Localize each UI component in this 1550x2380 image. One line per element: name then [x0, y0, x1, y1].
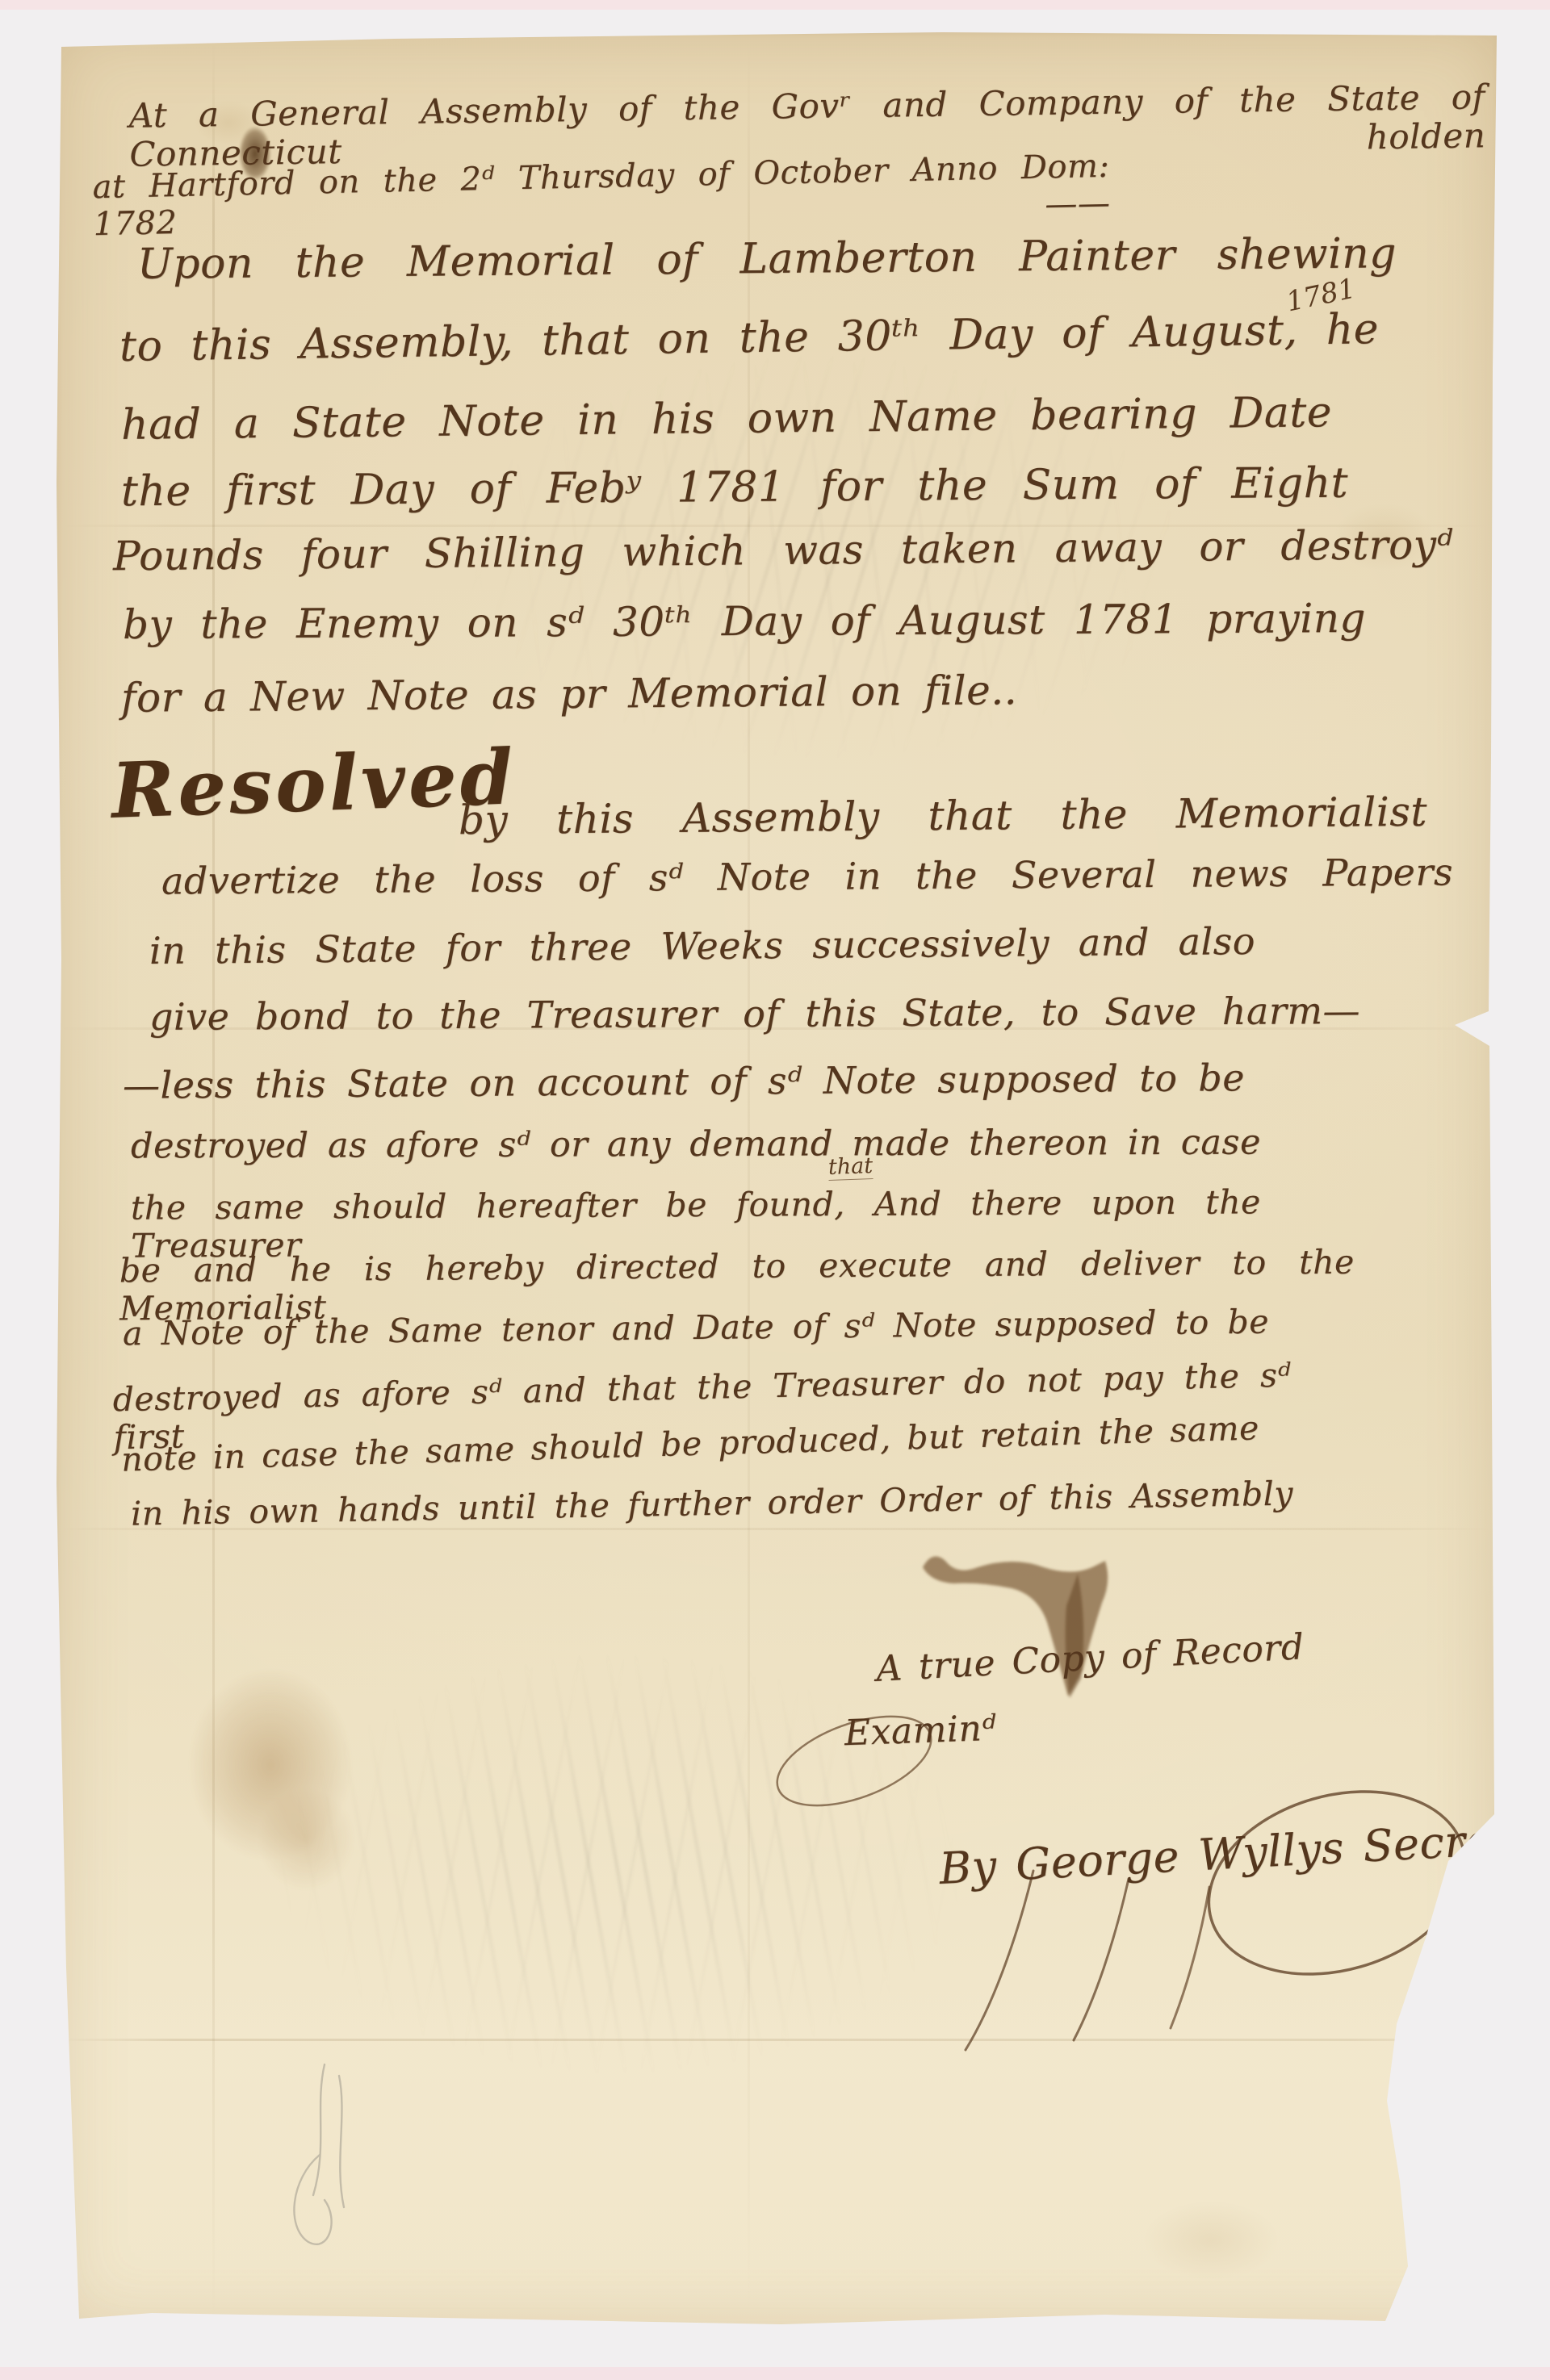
examined-line: Examinᵈ	[844, 1709, 997, 1755]
fold-line-vertical-left	[212, 43, 215, 2324]
scanner-edge-top	[0, 0, 1550, 10]
resolved-opening: by this Assembly that the Memorialist	[459, 789, 1427, 844]
manuscript-page: At a General Assembly of the Govʳ and Co…	[55, 31, 1500, 2332]
fold-line-horizontal-4	[60, 2039, 1493, 2041]
pencil-scribble	[250, 2058, 387, 2268]
memorial-line-1: Upon the Memorial of Lamberton Painter s…	[137, 230, 1397, 289]
resolved-line-2: advertize the loss of sᵈ Note in the Sev…	[161, 851, 1453, 902]
memorial-line-6: by the Enemy on sᵈ 30ᵗʰ Day of August 17…	[123, 596, 1366, 649]
signature-flourish	[862, 1750, 1492, 2073]
paper-texture	[55, 31, 1500, 2332]
inserted-word-that: that	[827, 1153, 873, 1181]
resolved-line-6: destroyed as afore sᵈ or any demand made…	[131, 1123, 1261, 1167]
scanner-edge-bottom	[0, 2367, 1550, 2380]
fold-line-vertical-center	[748, 43, 750, 2324]
memorial-line-5: Pounds four Shilling which was taken awa…	[113, 522, 1453, 580]
signature-line: By George Wyllys Secretʸ	[938, 1813, 1527, 1894]
memorial-line-2: to this Assembly, that on the 30ᵗʰ Day o…	[119, 306, 1380, 372]
memorial-line-3: had a State Note in his own Name bearing…	[121, 389, 1333, 450]
memorial-line-7: for a New Note as pr Memorial on file..	[121, 667, 1017, 722]
stain-lower-left	[176, 1669, 386, 1943]
scan-background: At a General Assembly of the Govʳ and Co…	[0, 0, 1550, 2380]
resolved-line-12: in his own hands until the further order…	[131, 1474, 1294, 1533]
memorial-line-4: the first Day of Febʸ 1781 for the Sum o…	[121, 460, 1348, 517]
resolved-line-5: —less this State on account of sᵈ Note s…	[123, 1056, 1245, 1107]
attestation-line: A true Copy of Record	[875, 1627, 1305, 1690]
resolved-line-3: in this State for three Weeks successive…	[149, 920, 1255, 972]
resolved-keyword: Resolved	[110, 734, 517, 835]
resolved-line-4: give bond to the Treasurer of this State…	[149, 989, 1360, 1039]
